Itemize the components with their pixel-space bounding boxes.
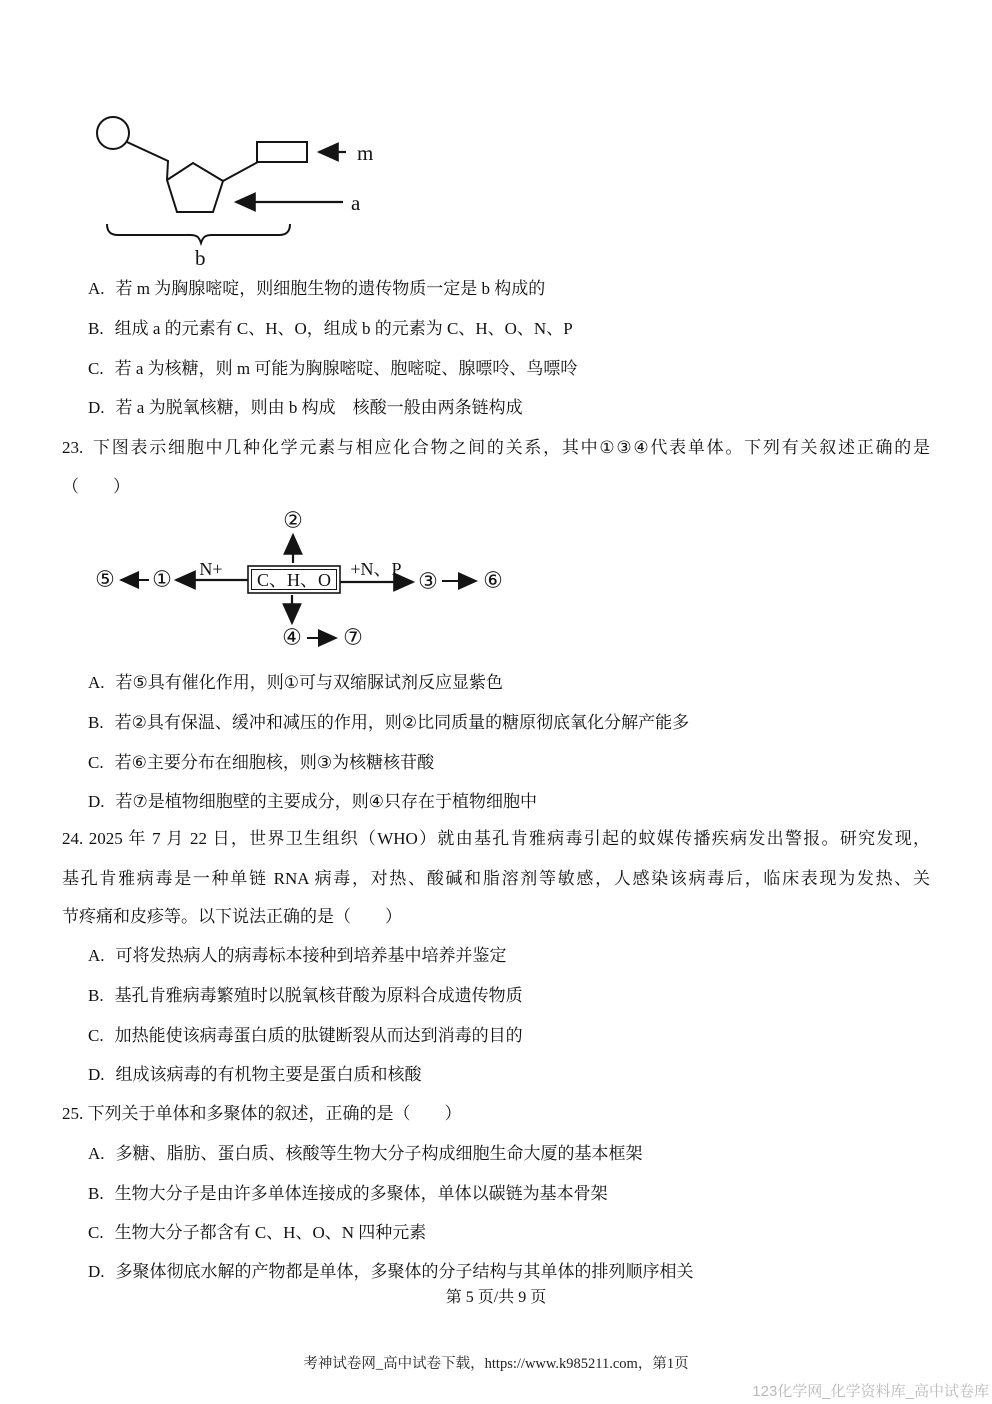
option-label: C. (88, 1026, 104, 1045)
pentose-pentagon (167, 163, 223, 212)
q23-stem: 23.下图表示细胞中几种化学元素与相应化合物之间的关系，其中①③④代表单体。下列… (62, 437, 930, 459)
node-7: ⑦ (343, 626, 363, 651)
option-label: A. (88, 946, 105, 965)
watermark-text: 123化学网_化学资料库_高中试卷库 (752, 1380, 989, 1401)
label-b: b (195, 246, 206, 270)
site-footer-line: 考神试卷网_高中试卷下载，https://www.k985211.com，第1页 (0, 1352, 992, 1373)
option-text: 若⑥主要分布在细胞核，则③为核糖核苷酸 (115, 753, 434, 772)
option-text: 若⑤具有催化作用，则①可与双缩脲试剂反应显紫色 (116, 673, 503, 692)
option-text: 加热能使该病毒蛋白质的肽键断裂从而达到消毒的目的 (115, 1026, 523, 1045)
q23-option-c: C.若⑥主要分布在细胞核，则③为核糖核苷酸 (88, 752, 434, 774)
option-text: 生物大分子都含有 C、H、O、N 四种元素 (115, 1223, 427, 1242)
option-text: 组成 a 的元素有 C、H、O，组成 b 的元素为 C、H、O、N、P (115, 319, 573, 338)
option-text: 生物大分子是由许多单体连接成的多聚体，单体以碳链为基本骨架 (115, 1184, 608, 1203)
option-text: 若 m 为胸腺嘧啶，则细胞生物的遗传物质一定是 b 构成的 (116, 279, 546, 298)
base-rectangle (257, 142, 307, 162)
phosphate-circle (97, 117, 129, 149)
q25-stem: 25. 下列关于单体和多聚体的叙述，正确的是（ ） (62, 1103, 462, 1125)
option-text: 组成该病毒的有机物主要是蛋白质和核酸 (116, 1065, 422, 1084)
option-label: B. (88, 319, 104, 338)
right-arrow-label: +N、P (350, 559, 401, 579)
option-label: B. (88, 713, 104, 732)
question-text: 下图表示细胞中几种化学元素与相应化合物之间的关系，其中①③④代表单体。下列有关叙… (91, 438, 930, 457)
option-label: C. (88, 1223, 104, 1242)
q24-option-c: C.加热能使该病毒蛋白质的肽键断裂从而达到消毒的目的 (88, 1025, 523, 1047)
option-text: 基孔肯雅病毒繁殖时以脱氧核苷酸为原料合成遗传物质 (115, 986, 523, 1005)
option-label: D. (88, 398, 105, 417)
option-text: 若⑦是植物细胞壁的主要成分，则④只存在于植物细胞中 (116, 792, 537, 811)
nucleotide-figure: m a b (80, 100, 400, 272)
option-label: B. (88, 986, 104, 1005)
q24-stem-line3: 节疼痛和皮疹等。以下说法正确的是（ ） (62, 906, 402, 928)
connector-line (127, 142, 168, 180)
cho-box-text: C、H、O (257, 570, 331, 590)
option-text: 多聚体彻底水解的产物都是单体，多聚体的分子结构与其单体的排列顺序相关 (116, 1262, 694, 1281)
q25-option-a: A.多糖、脂肪、蛋白质、核酸等生物大分子构成细胞生命大厦的基本框架 (88, 1143, 643, 1165)
q24-option-a: A.可将发热病人的病毒标本接种到培养基中培养并鉴定 (88, 945, 507, 967)
left-arrow-label: N+ (199, 559, 222, 579)
exam-page: m a b A.若 m 为胸腺嘧啶，则细胞生物的遗传物质一定是 b 构成的 B.… (0, 0, 992, 1404)
label-m: m (357, 141, 373, 165)
node-4: ④ (282, 626, 302, 651)
q22-option-d: D.若 a 为脱氧核糖，则由 b 构成 核酸一般由两条链构成 (88, 397, 523, 419)
option-label: C. (88, 753, 104, 772)
node-1: ① (152, 568, 172, 593)
elements-compounds-figure: ② C、H、O N+ ① ⑤ +N、P ③ ⑥ ④ ⑦ (85, 505, 525, 655)
q24-option-d: D.组成该病毒的有机物主要是蛋白质和核酸 (88, 1064, 422, 1086)
q24-stem-line2: 基孔肯雅病毒是一种单链 RNA 病毒，对热、酸碱和脂溶剂等敏感，人感染该病毒后，… (62, 868, 930, 890)
option-label: A. (88, 279, 105, 298)
option-label: A. (88, 673, 105, 692)
option-text: 多糖、脂肪、蛋白质、核酸等生物大分子构成细胞生命大厦的基本框架 (116, 1144, 643, 1163)
q25-option-d: D.多聚体彻底水解的产物都是单体，多聚体的分子结构与其单体的排列顺序相关 (88, 1261, 694, 1283)
node-5: ⑤ (95, 568, 115, 593)
underbrace (107, 224, 290, 243)
q23-stem-parens: （ ） (62, 476, 130, 498)
q25-option-c: C.生物大分子都含有 C、H、O、N 四种元素 (88, 1222, 426, 1244)
node-2: ② (283, 509, 303, 534)
option-label: B. (88, 1184, 104, 1203)
q23-option-a: A.若⑤具有催化作用，则①可与双缩脲试剂反应显紫色 (88, 672, 503, 694)
option-label: A. (88, 1144, 105, 1163)
question-number: 23. (62, 438, 83, 457)
label-a: a (351, 191, 361, 215)
node-6: ⑥ (483, 569, 503, 594)
q25-option-b: B.生物大分子是由许多单体连接成的多聚体，单体以碳链为基本骨架 (88, 1183, 608, 1205)
option-text: 若②具有保温、缓冲和减压的作用，则②比同质量的糖原彻底氧化分解产能多 (115, 713, 689, 732)
q22-option-a: A.若 m 为胸腺嘧啶，则细胞生物的遗传物质一定是 b 构成的 (88, 278, 545, 300)
option-label: D. (88, 1262, 105, 1281)
base-connector-line (223, 162, 258, 181)
q22-option-b: B.组成 a 的元素有 C、H、O，组成 b 的元素为 C、H、O、N、P (88, 318, 573, 340)
option-label: D. (88, 792, 105, 811)
q23-option-b: B.若②具有保温、缓冲和减压的作用，则②比同质量的糖原彻底氧化分解产能多 (88, 712, 689, 734)
option-label: D. (88, 1065, 105, 1084)
q22-option-c: C.若 a 为核糖，则 m 可能为胸腺嘧啶、胞嘧啶、腺嘌呤、鸟嘌呤 (88, 358, 577, 380)
q24-option-b: B.基孔肯雅病毒繁殖时以脱氧核苷酸为原料合成遗传物质 (88, 985, 523, 1007)
node-3: ③ (418, 570, 438, 595)
page-number: 第 5 页/共 9 页 (0, 1284, 992, 1307)
option-text: 可将发热病人的病毒标本接种到培养基中培养并鉴定 (116, 946, 507, 965)
q23-option-d: D.若⑦是植物细胞壁的主要成分，则④只存在于植物细胞中 (88, 791, 537, 813)
option-text: 若 a 为核糖，则 m 可能为胸腺嘧啶、胞嘧啶、腺嘌呤、鸟嘌呤 (115, 359, 578, 378)
option-text: 若 a 为脱氧核糖，则由 b 构成 核酸一般由两条链构成 (116, 398, 523, 417)
q24-stem-line1: 24. 2025 年 7 月 22 日，世界卫生组织（WHO）就由基孔肯雅病毒引… (62, 828, 930, 850)
option-label: C. (88, 359, 104, 378)
